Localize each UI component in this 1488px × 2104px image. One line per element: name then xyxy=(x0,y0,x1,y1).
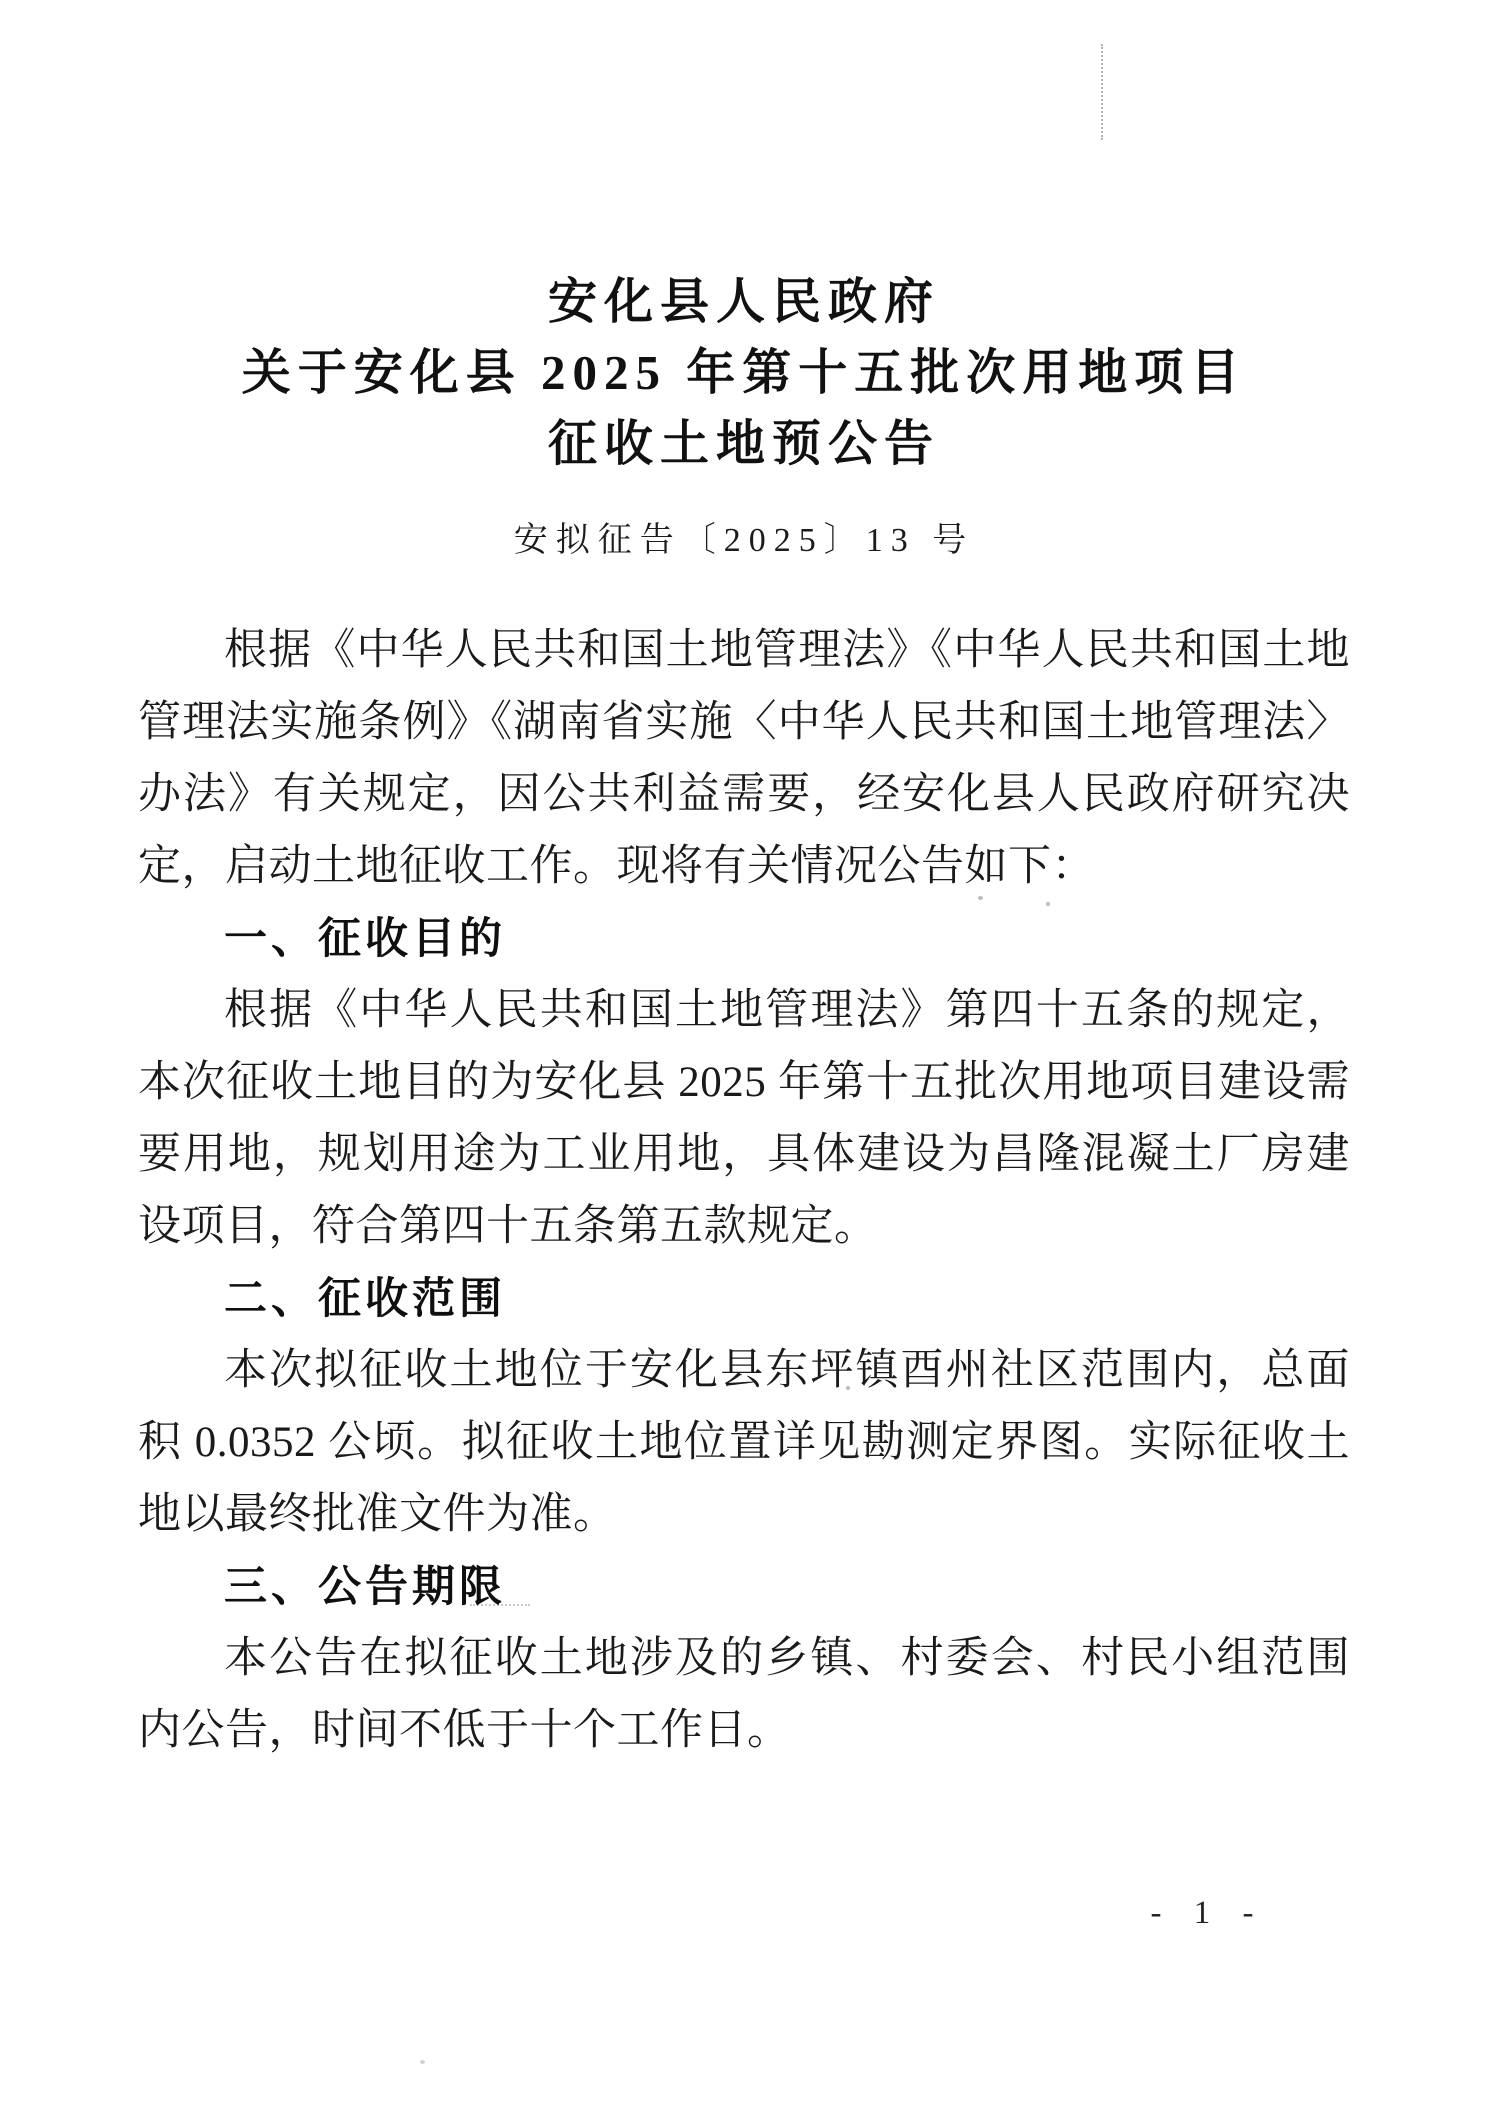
paragraph: 三、公告期限 xyxy=(138,1551,1350,1623)
document-title: 安化县人民政府 关于安化县 2025 年第十五批次用地项目 征收土地预公告 xyxy=(0,266,1488,479)
page-number: - 1 - xyxy=(1128,1895,1288,1932)
paragraph: 根据《中华人民共和国土地管理法》《中华人民共和国土地管理法实施条例》《湖南省实施… xyxy=(138,615,1350,903)
document-page: 安化县人民政府 关于安化县 2025 年第十五批次用地项目 征收土地预公告 安拟… xyxy=(0,0,1488,2104)
paragraph: 根据《中华人民共和国土地管理法》第四十五条的规定，本次征收土地目的为安化县 20… xyxy=(138,975,1350,1263)
title-line-1: 安化县人民政府 xyxy=(0,266,1488,337)
title-line-2: 关于安化县 2025 年第十五批次用地项目 xyxy=(0,337,1488,408)
paragraph: 本公告在拟征收土地涉及的乡镇、村委会、村民小组范围内公告，时间不低于十个工作日。 xyxy=(138,1623,1350,1767)
scan-artifact-vertical-line xyxy=(1101,44,1103,140)
title-line-3: 征收土地预公告 xyxy=(0,408,1488,479)
document-number: 安拟征告〔2025〕13 号 xyxy=(0,512,1488,561)
paragraph: 本次拟征收土地位于安化县东坪镇酉州社区范围内，总面积 0.0352 公顷。拟征收… xyxy=(138,1335,1350,1551)
paragraph: 一、征收目的 xyxy=(138,903,1350,975)
document-body: 根据《中华人民共和国土地管理法》《中华人民共和国土地管理法实施条例》《湖南省实施… xyxy=(138,615,1350,1767)
paragraph: 二、征收范围 xyxy=(138,1263,1350,1335)
scan-speck xyxy=(420,2060,425,2064)
